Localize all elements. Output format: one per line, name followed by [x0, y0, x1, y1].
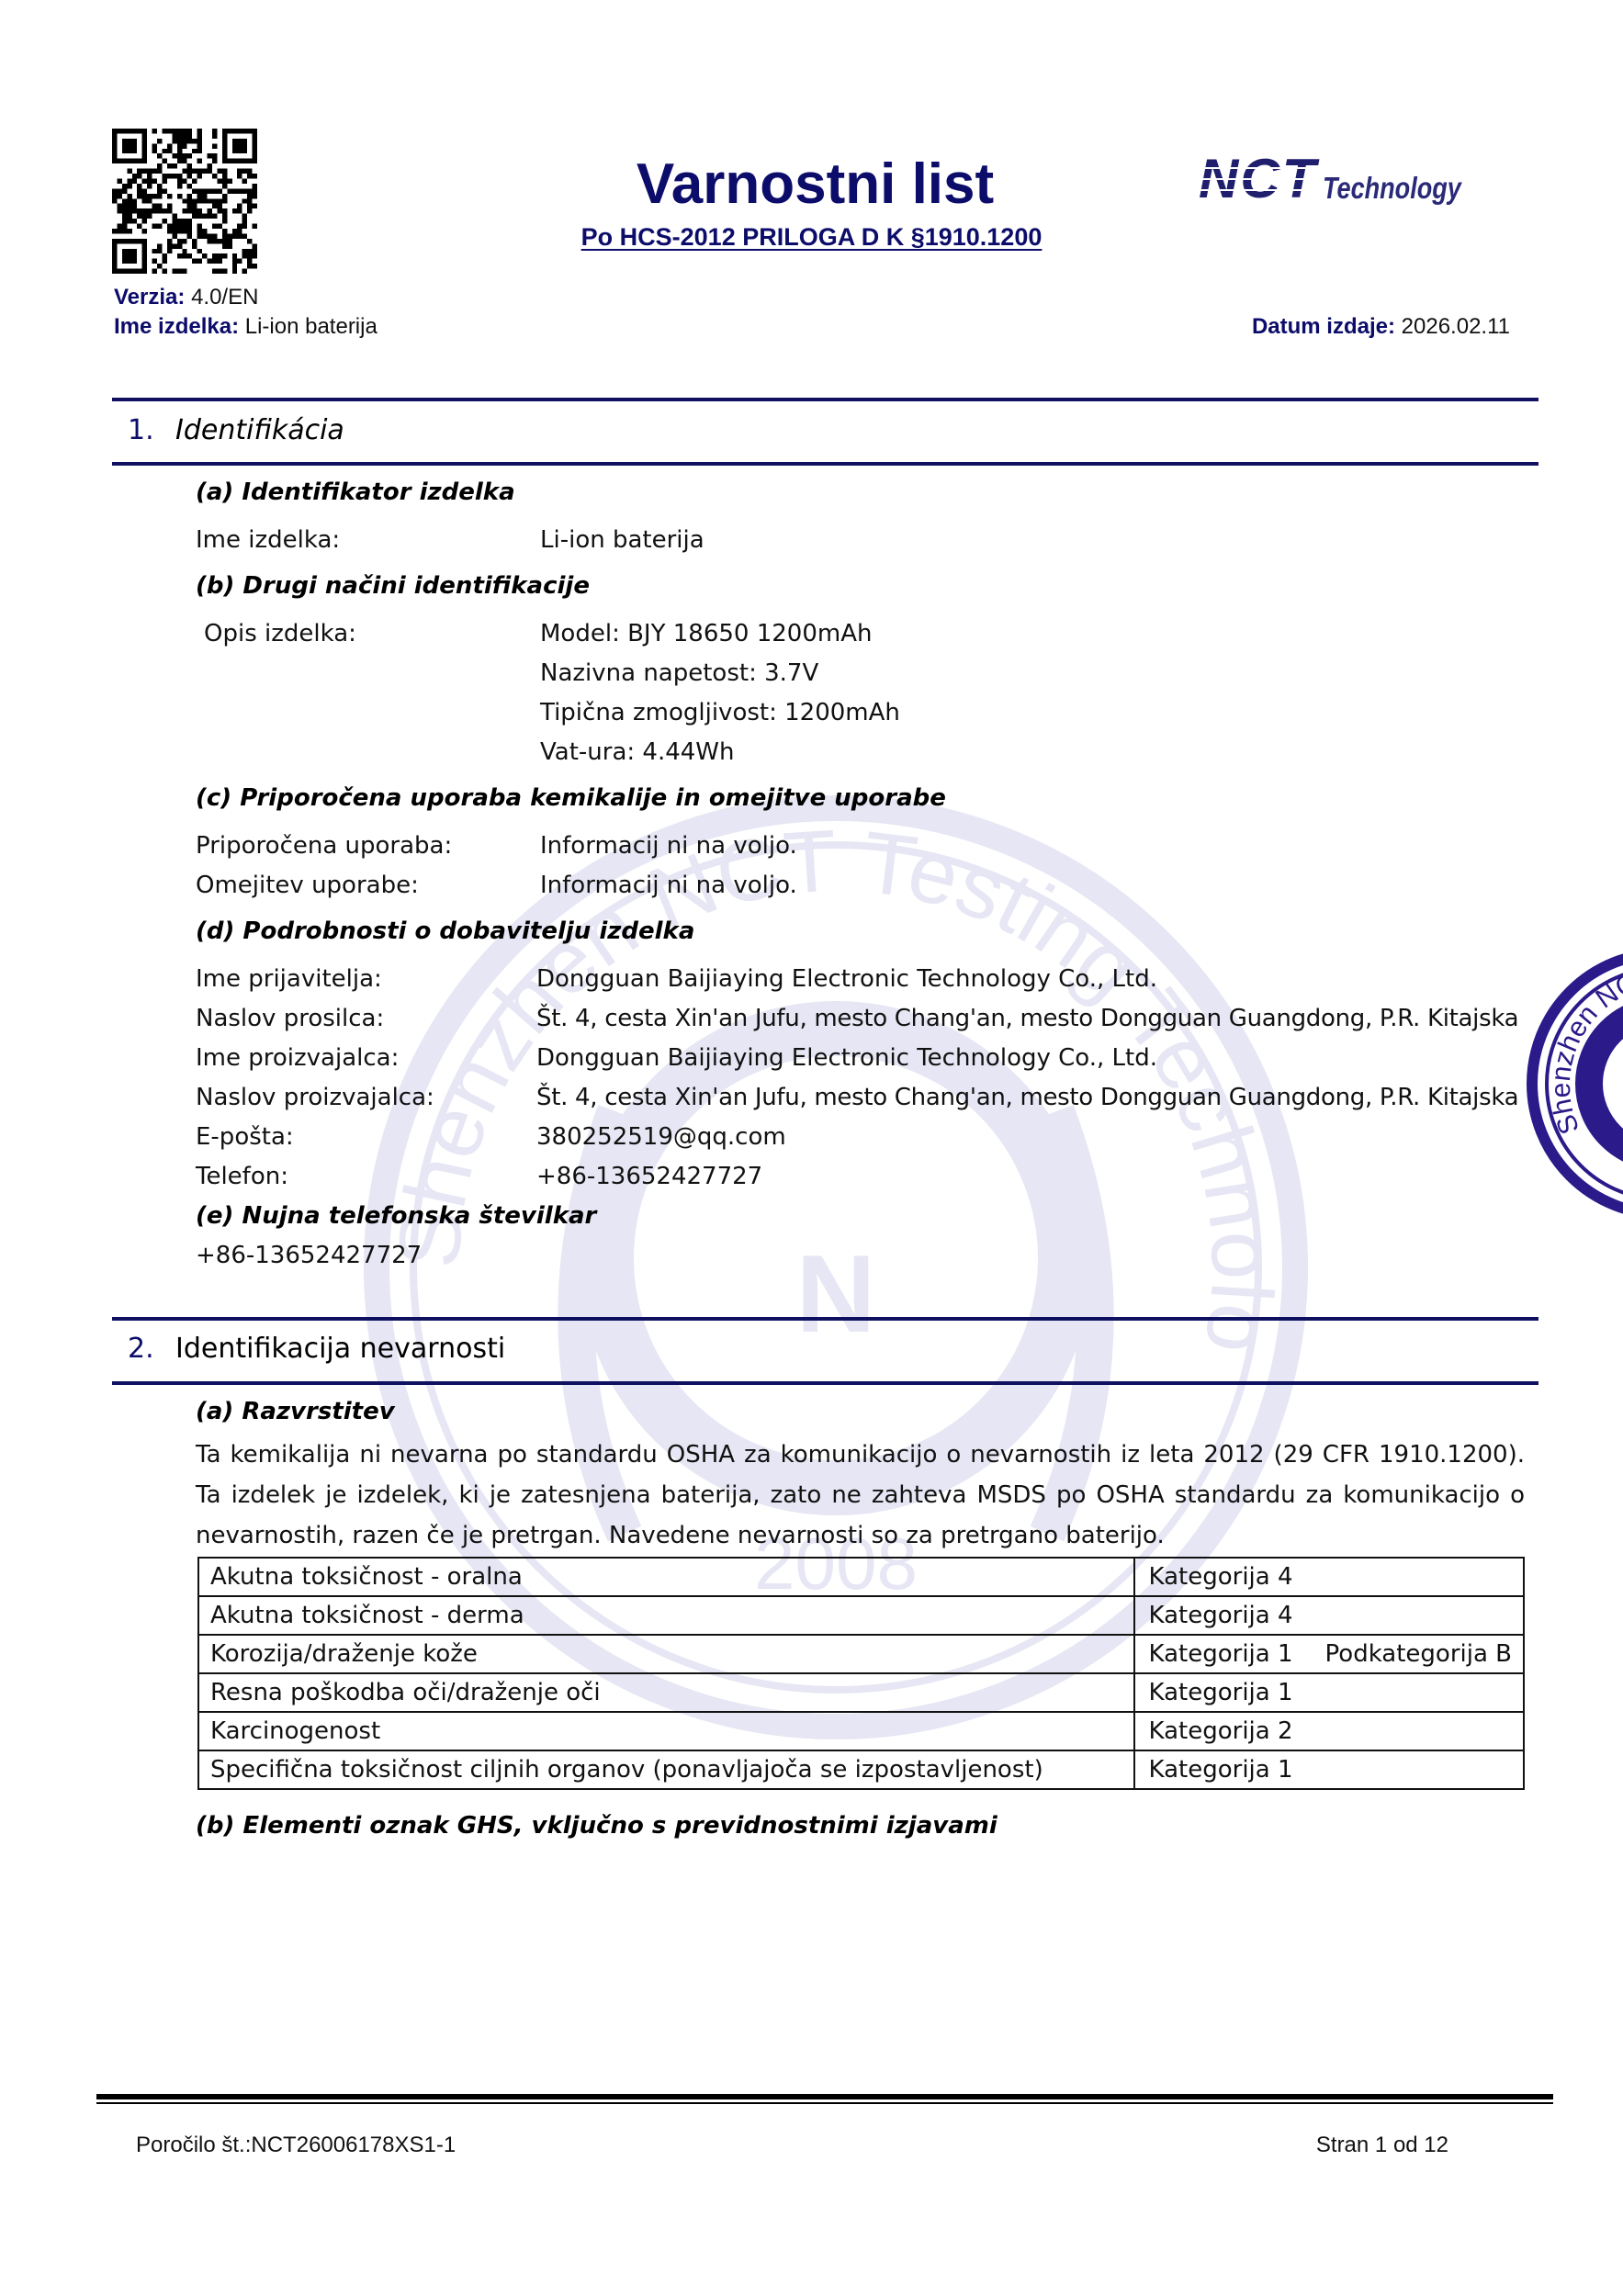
email-link[interactable]: 380252519@qq.com	[536, 1123, 786, 1151]
field-label: Naslov prosilca:	[196, 1005, 384, 1032]
category-value: Kategorija 2	[1149, 1717, 1293, 1745]
section-divider	[112, 398, 1538, 401]
field-label: Ime prijavitelja:	[196, 965, 382, 993]
field-label: Ime izdelka:	[196, 526, 340, 554]
hazard-category-cell: Kategorija 1	[1134, 1750, 1524, 1789]
hazard-class-cell: Specifična toksičnost ciljnih organov (p…	[198, 1750, 1134, 1789]
logo-stripes-icon	[1199, 147, 1318, 213]
hazard-classification-table: Akutna toksičnost - oralnaKategorija 4Ak…	[197, 1557, 1525, 1790]
section-divider	[112, 462, 1538, 466]
field-value: Nazivna napetost: 3.7V	[540, 659, 818, 687]
hazard-category-cell: Kategorija 1	[1134, 1673, 1524, 1712]
subsection-2b-heading: (b) Elementi oznak GHS, vključno s previ…	[196, 1812, 997, 1840]
subsection-d-heading: (d) Podrobnosti o dobavitelju izdelka	[196, 917, 694, 945]
subsection-a-heading: (a) Identifikator izdelka	[196, 478, 515, 506]
version-line: Verzia: 4.0/EN	[114, 285, 258, 310]
svg-text:N: N	[796, 1232, 876, 1356]
company-stamp-icon: Shenzhen NCT T	[1525, 946, 1623, 1221]
field-value: Dongguan Baijiaying Electronic Technolog…	[536, 1044, 1157, 1072]
field-value: +86-13652427727	[536, 1163, 762, 1190]
hazard-class-cell: Akutna toksičnost - derma	[198, 1596, 1134, 1635]
subsection-e-heading: (e) Nujna telefonska številkar	[196, 1202, 596, 1230]
emergency-phone: +86-13652427727	[196, 1242, 422, 1269]
page-indicator: Stran 1 od 12	[1316, 2133, 1448, 2158]
field-label: Omejitev uporabe:	[196, 872, 419, 899]
field-value: Informacij ni na voljo.	[540, 872, 797, 899]
hazard-category-cell: Kategorija 4	[1134, 1596, 1524, 1635]
hazard-category-cell: Kategorija 2	[1134, 1712, 1524, 1750]
field-value: Št. 4, cesta Xin'an Jufu, mesto Chang'an…	[536, 1084, 1518, 1111]
section-divider	[112, 1317, 1538, 1321]
field-value: Dongguan Baijiaying Electronic Technolog…	[536, 965, 1157, 993]
field-label: Ime proizvajalca:	[196, 1044, 399, 1072]
issue-date: Datum izdaje: 2026.02.11	[1252, 314, 1510, 340]
document-subtitle: Po HCS-2012 PRILOGA D K §1910.1200	[0, 223, 1623, 252]
table-row: Korozija/draženje kožeKategorija 1Podkat…	[198, 1635, 1524, 1673]
table-row: Akutna toksičnost - dermaKategorija 4	[198, 1596, 1524, 1635]
field-value: Model: BJY 18650 1200mAh	[540, 620, 872, 647]
hazard-class-cell: Korozija/draženje kože	[198, 1635, 1134, 1673]
footer-divider	[96, 2102, 1553, 2104]
subsection-b-heading: (b) Drugi načini identifikacije	[196, 572, 590, 600]
section-2-heading: 2.Identifikacija nevarnosti	[128, 1333, 505, 1365]
field-label: Opis izdelka:	[204, 620, 356, 647]
category-value: Kategorija 1	[1149, 1679, 1293, 1706]
table-row: KarcinogenostKategorija 2	[198, 1712, 1524, 1750]
field-value: Li-ion baterija	[540, 526, 704, 554]
field-value: Vat-ura: 4.44Wh	[540, 738, 734, 766]
category-value: Kategorija 4	[1149, 1602, 1293, 1629]
classification-paragraph: Ta kemikalija ni nevarna po standardu OS…	[196, 1435, 1525, 1556]
field-label: Naslov proizvajalca:	[196, 1084, 434, 1111]
section-divider	[112, 1381, 1538, 1385]
field-value: Informacij ni na voljo.	[540, 832, 797, 860]
footer-divider	[96, 2094, 1553, 2099]
field-label: Priporočena uporaba:	[196, 832, 452, 860]
table-row: Specifična toksičnost ciljnih organov (p…	[198, 1750, 1524, 1789]
subcategory-value: Podkategorija B	[1325, 1640, 1512, 1668]
category-value: Kategorija 4	[1149, 1563, 1293, 1591]
hazard-category-cell: Kategorija 4	[1134, 1558, 1524, 1596]
logo-suffix: Technology	[1323, 171, 1461, 206]
subsection-2a-heading: (a) Razvrstitev	[196, 1398, 395, 1425]
hazard-category-cell: Kategorija 1Podkategorija B	[1134, 1635, 1524, 1673]
nct-logo: NCT Technology	[1199, 147, 1502, 220]
field-label: Telefon:	[196, 1163, 288, 1190]
category-value: Kategorija 1	[1149, 1640, 1293, 1668]
hazard-class-cell: Karcinogenost	[198, 1712, 1134, 1750]
table-row: Akutna toksičnost - oralnaKategorija 4	[198, 1558, 1524, 1596]
section-1-heading: 1.Identifikácia	[128, 414, 344, 446]
hazard-class-cell: Akutna toksičnost - oralna	[198, 1558, 1134, 1596]
field-label: E-pošta:	[196, 1123, 294, 1151]
product-name-line: Ime izdelka: Li-ion baterija	[114, 314, 378, 340]
table-row: Resna poškodba oči/draženje očiKategorij…	[198, 1673, 1524, 1712]
field-value: Tipična zmogljivost: 1200mAh	[540, 699, 900, 726]
field-value: Št. 4, cesta Xin'an Jufu, mesto Chang'an…	[536, 1005, 1518, 1032]
category-value: Kategorija 1	[1149, 1756, 1293, 1784]
hazard-class-cell: Resna poškodba oči/draženje oči	[198, 1673, 1134, 1712]
subsection-c-heading: (c) Priporočena uporaba kemikalije in om…	[196, 784, 946, 812]
report-number: Poročilo št.:NCT26006178XS1-1	[136, 2133, 456, 2158]
